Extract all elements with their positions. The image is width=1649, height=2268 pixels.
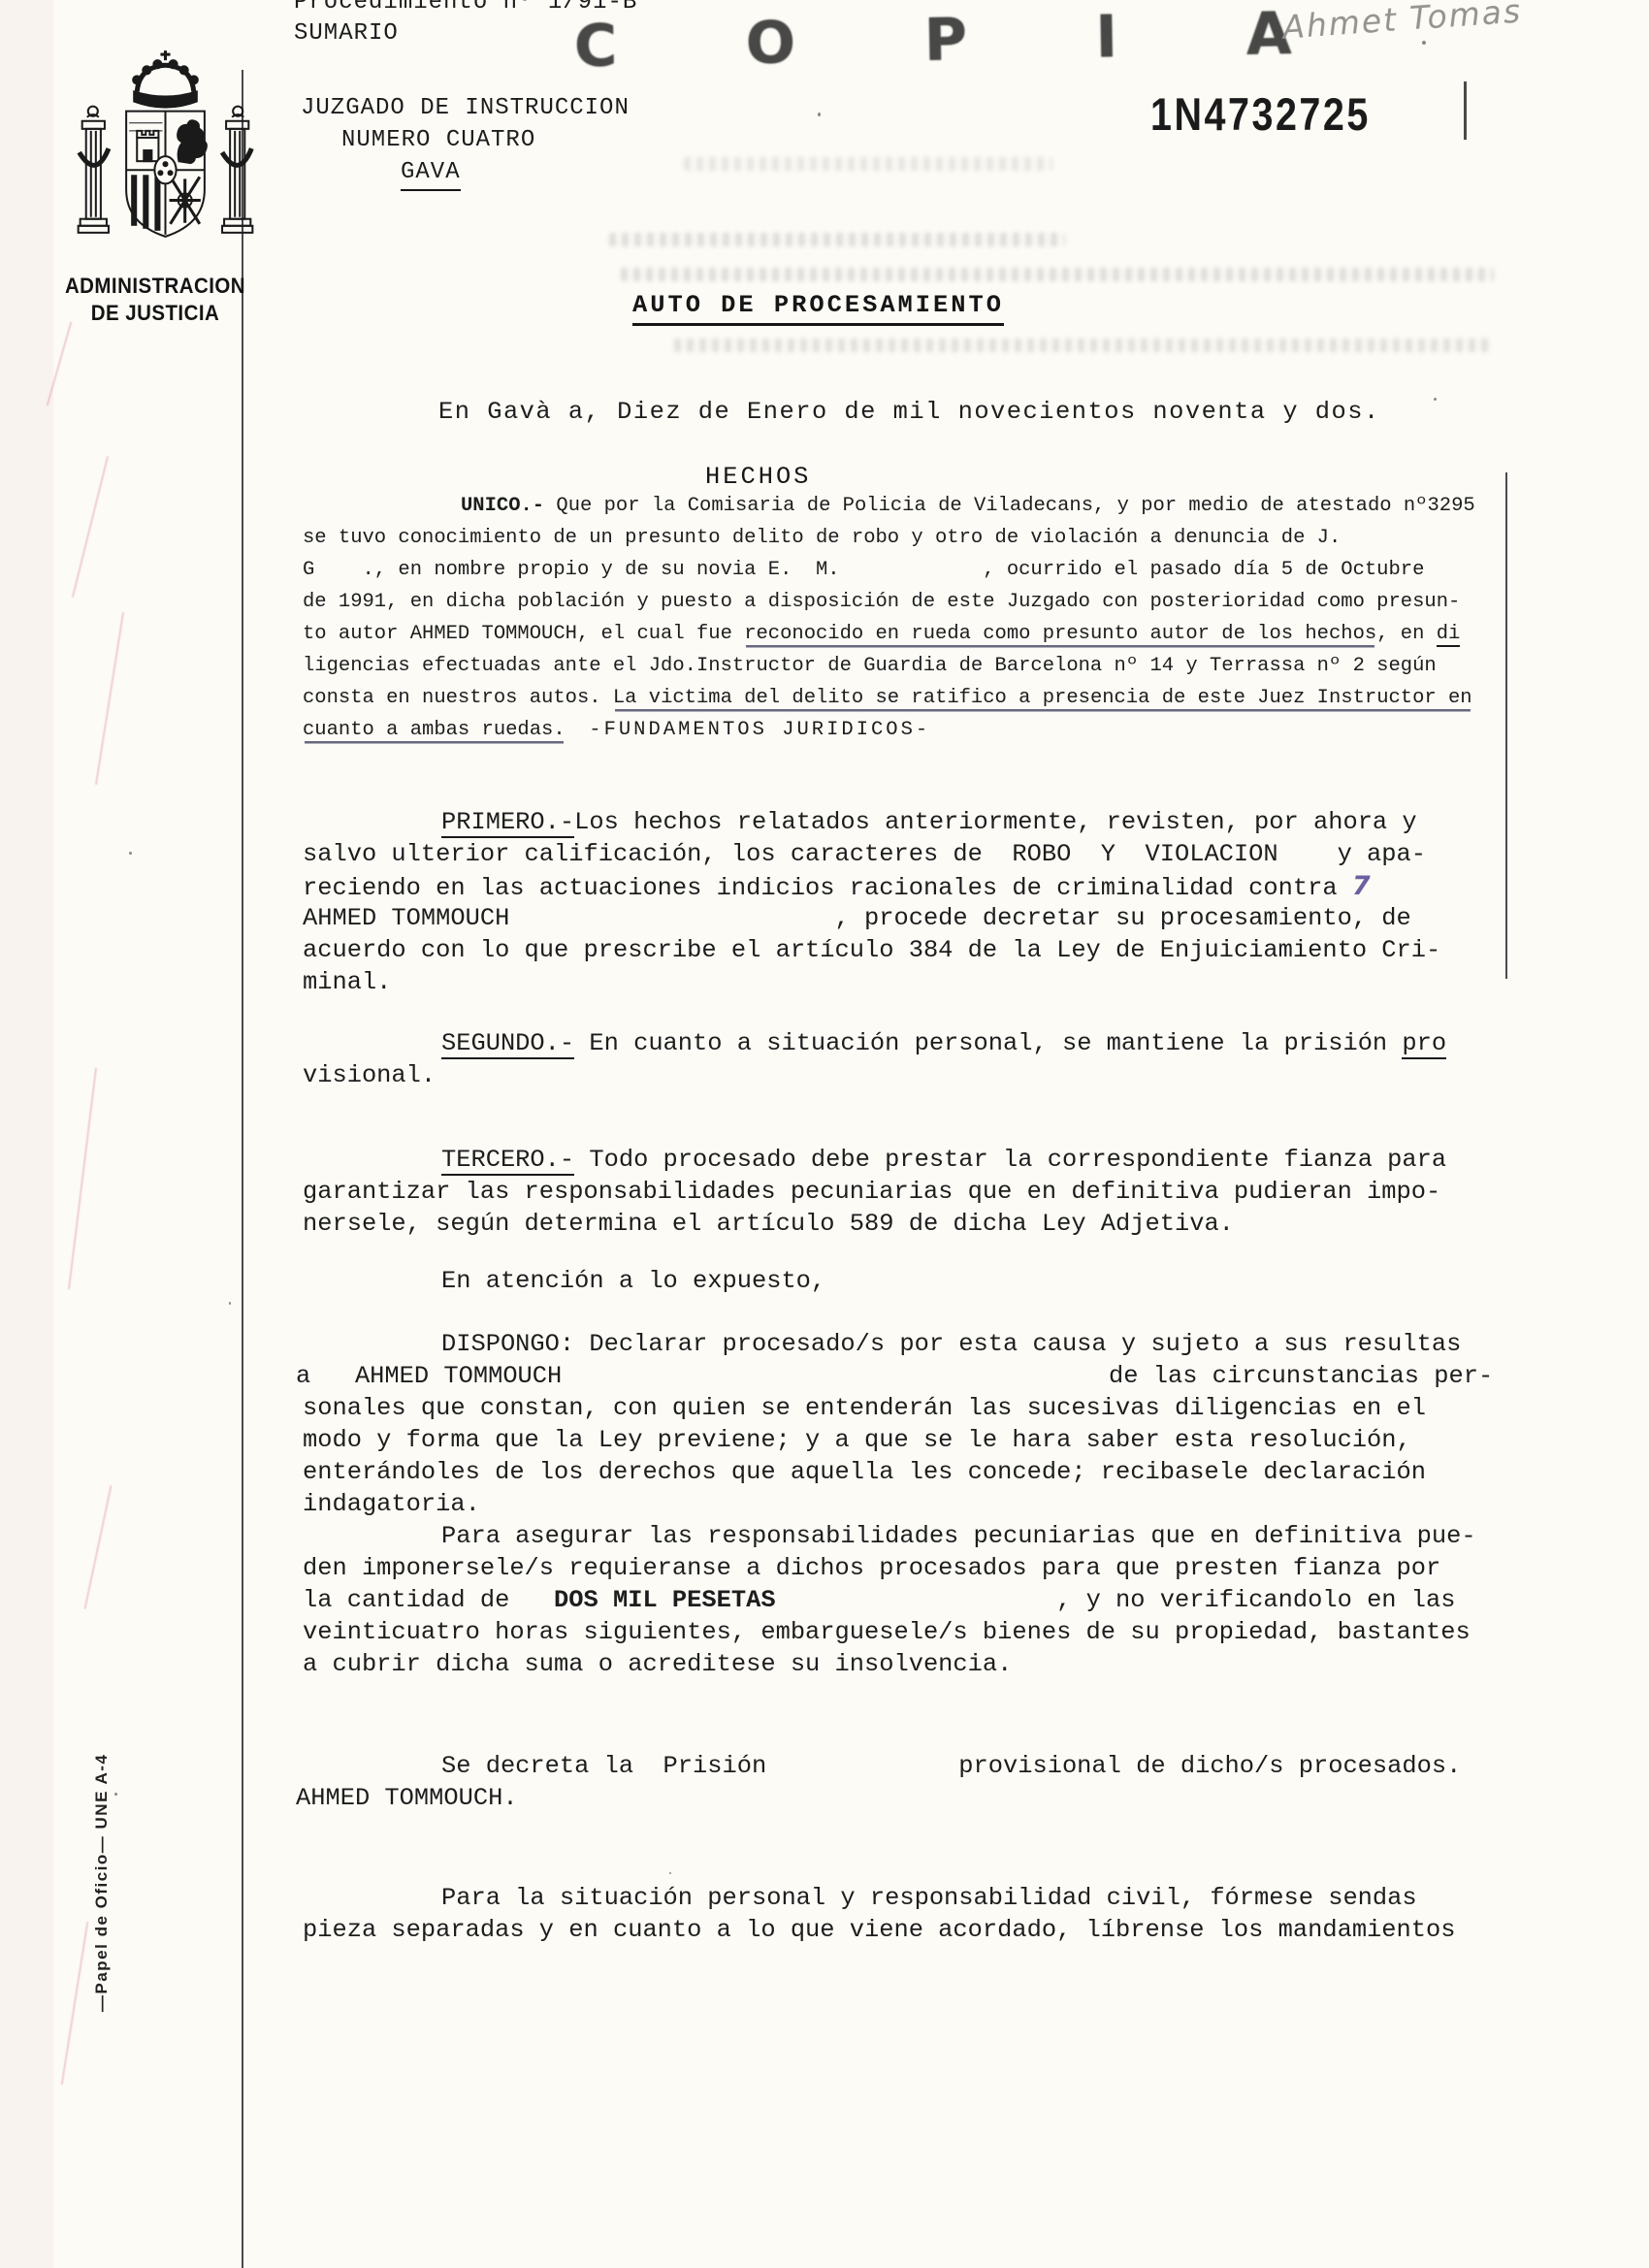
text-line: AHMED TOMMOUCH. xyxy=(296,1784,518,1813)
text-line: visional. xyxy=(303,1061,436,1090)
text-line: PRIMERO.-Los hechos relatados anteriorme… xyxy=(441,808,1417,837)
typed-layer: Procedimiento nº 1/91-B SUMARIO JUZGADO … xyxy=(0,0,1649,2268)
text-line: UNICO.- Que por la Comisaria de Policia … xyxy=(461,494,1475,519)
hechos-heading: HECHOS xyxy=(705,463,811,491)
text-line: acuerdo con lo que prescribe el artículo… xyxy=(303,936,1440,965)
text-line: SEGUNDO.- En cuanto a situación personal… xyxy=(441,1029,1446,1058)
text-line: garantizar las responsabilidades pecunia… xyxy=(303,1178,1440,1207)
text-line: Se decreta la Prisión provisional de dic… xyxy=(441,1752,1461,1781)
text-line: cuanto a ambas ruedas. -FUNDAMENTOS JURI… xyxy=(303,718,930,743)
text-line: la cantidad de DOS MIL PESETAS , y no ve… xyxy=(303,1586,1456,1615)
text-line: a cubrir dicha suma o acreditese su inso… xyxy=(303,1650,1012,1679)
text-line: modo y forma que la Ley previene; y a qu… xyxy=(303,1426,1411,1455)
text-line: Para la situación personal y responsabil… xyxy=(441,1884,1417,1913)
text-line: salvo ulterior calificación, los caracte… xyxy=(303,840,1426,869)
text-line: a AHMED TOMMOUCH de las circunstancias p… xyxy=(296,1362,1493,1391)
document-title: AUTO DE PROCESAMIENTO xyxy=(632,291,1004,326)
sumario-label: SUMARIO xyxy=(294,19,399,49)
date-line: En Gavà a, Diez de Enero de mil novecien… xyxy=(438,398,1380,426)
text-line: ligencias efectuadas ante el Jdo.Instruc… xyxy=(303,654,1437,679)
text-line: den imponersele/s requieranse a dichos p… xyxy=(303,1554,1440,1583)
text-line: veinticuatro horas siguientes, embargues… xyxy=(303,1618,1471,1647)
court-name-line2: NUMERO CUATRO xyxy=(341,126,535,155)
paper-type-vertical-label: —Papel de Oficio— UNE A-4 xyxy=(92,1670,112,2012)
text-line: pieza separadas y en cuanto a lo que vie… xyxy=(303,1916,1455,1945)
text-line: TERCERO.- Todo procesado debe prestar la… xyxy=(441,1146,1446,1175)
text-line: to autor AHMED TOMMOUCH, el cual fue rec… xyxy=(303,622,1460,647)
text-line: nersele, según determina el artículo 589… xyxy=(303,1210,1234,1239)
text-line: reciendo en las actuaciones indicios rac… xyxy=(303,872,1371,903)
text-line: DISPONGO: Declarar procesado/s por esta … xyxy=(441,1330,1461,1359)
text-line: indagatoria. xyxy=(303,1490,480,1519)
text-line: se tuvo conocimiento de un presunto deli… xyxy=(303,526,1341,551)
serial-number: 1N4732725 xyxy=(1150,87,1371,141)
text-line: sonales que constan, con quien se entend… xyxy=(303,1394,1426,1423)
text-line: En atención a lo expuesto, xyxy=(441,1267,825,1296)
text-line: AHMED TOMMOUCH , procede decretar su pro… xyxy=(303,904,1411,933)
scanned-court-document-page: ADMINISTRACION DE JUSTICIA Procedimiento… xyxy=(0,0,1649,2268)
text-line: minal. xyxy=(303,968,391,997)
text-line: de 1991, en dicha población y puesto a d… xyxy=(303,590,1460,615)
copia-stamp: C O P I A xyxy=(573,0,1345,81)
court-name-line1: JUZGADO DE INSTRUCCION xyxy=(301,94,630,123)
text-line: G ., en nombre propio y de su novia E. M… xyxy=(303,558,1424,583)
text-line: consta en nuestros autos. La victima del… xyxy=(303,686,1472,711)
court-city: GAVA xyxy=(401,158,461,191)
text-line: Para asegurar las responsabilidades pecu… xyxy=(441,1522,1476,1551)
text-line: enterándoles de los derechos que aquella… xyxy=(303,1458,1426,1487)
